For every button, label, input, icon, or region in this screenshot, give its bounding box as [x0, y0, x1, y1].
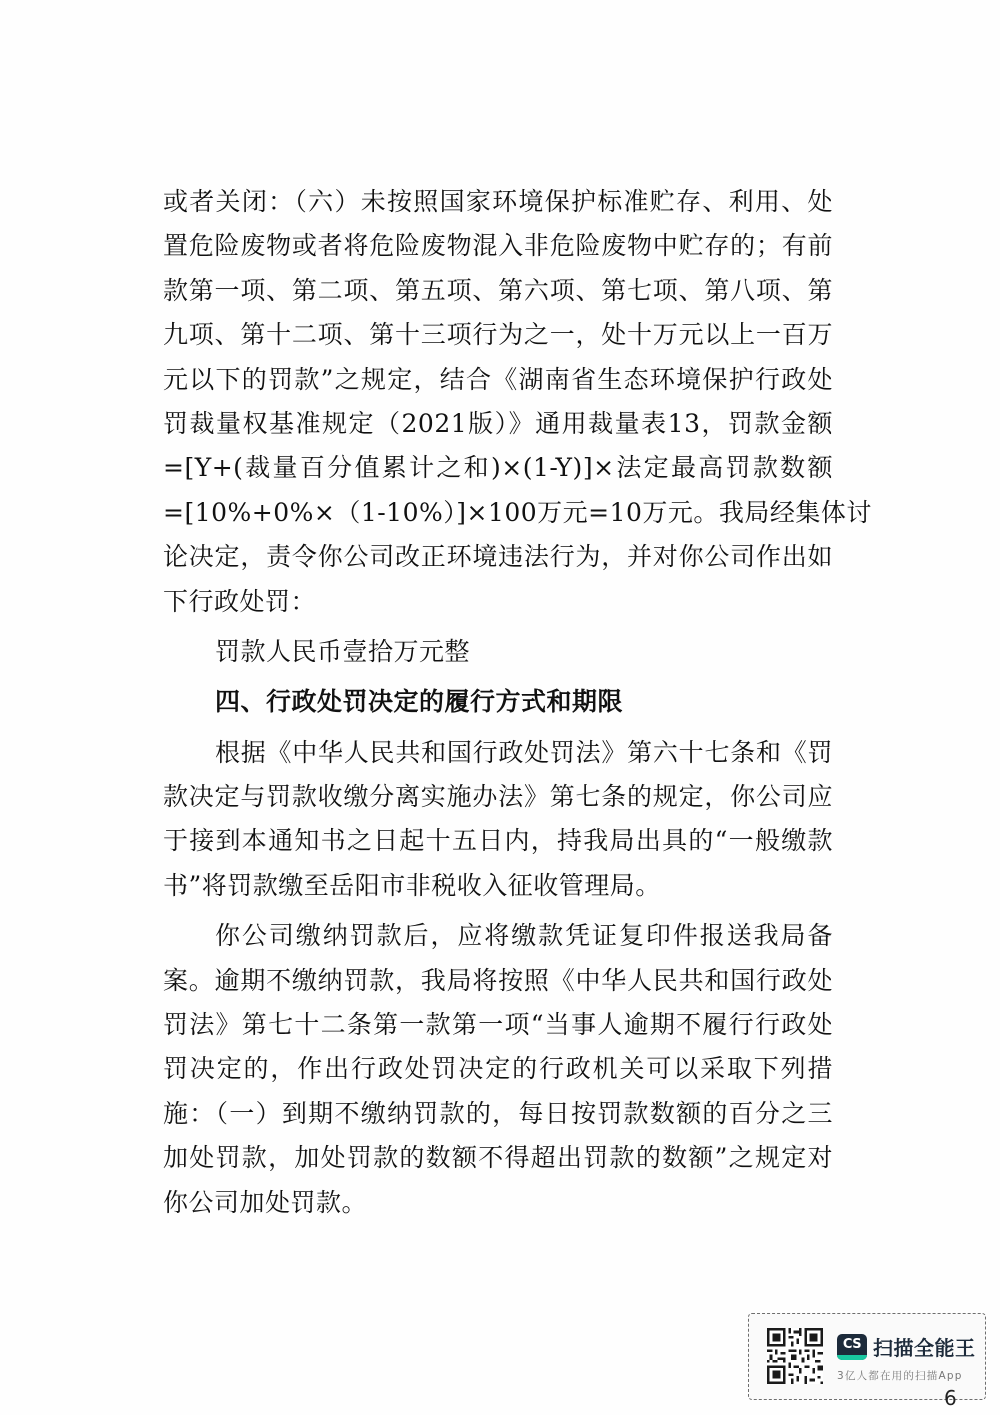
page-number: 6 [944, 1388, 957, 1408]
overdue-paragraph-line: 你公司加处罚款。 [163, 1181, 833, 1225]
text-line: 或者关闭：（六）未按照国家环境保护标准贮存、利用、处 [163, 180, 833, 224]
payment-paragraph-line: 书”将罚款缴至岳阳市非税收入征收管理局。 [163, 864, 833, 908]
text-line: 下行政处罚： [163, 580, 833, 624]
overdue-paragraph-line: 施：（一）到期不缴纳罚款的，每日按罚款数额的百分之三 [163, 1092, 833, 1136]
penalty-amount: 罚款人民币壹拾万元整 [163, 630, 833, 674]
brand-name: 扫描全能王 [873, 1332, 976, 1361]
brand-block: CS 扫描全能王 [837, 1332, 976, 1361]
brand-tagline: 3亿人都在用的扫描App [837, 1368, 963, 1383]
payment-paragraph-line: 根据《中华人民共和国行政处罚法》第六十七条和《罚 [163, 731, 833, 775]
overdue-paragraph-line: 你公司缴纳罚款后，应将缴款凭证复印件报送我局备 [163, 914, 833, 958]
document-body: 或者关闭：（六）未按照国家环境保护标准贮存、利用、处 置危险废物或者将危险废物混… [163, 180, 833, 1225]
overdue-paragraph-line: 加处罚款，加处罚款的数额不得超出罚款的数额”之规定对 [163, 1136, 833, 1180]
overdue-paragraph-line: 罚决定的，作出行政处罚决定的行政机关可以采取下列措 [163, 1047, 833, 1091]
overdue-paragraph-line: 罚法》第七十二条第一款第一项“当事人逾期不履行行政处 [163, 1003, 833, 1047]
formula-result-line: =[10%+0%×（1-10%）]×100万元=10万元。我局经集体讨 [163, 491, 833, 535]
formula-line: =[Y+(裁量百分值累计之和)×(1-Y)]×法定最高罚款数额 [163, 446, 833, 490]
text-line: 置危险废物或者将危险废物混入非危险废物中贮存的；有前 [163, 224, 833, 268]
text-line: 罚裁量权基准规定（2021版）》通用裁量表13，罚款金额 [163, 402, 833, 446]
payment-paragraph-line: 款决定与罚款收缴分离实施办法》第七条的规定，你公司应 [163, 775, 833, 819]
payment-paragraph-line: 于接到本通知书之日起十五日内，持我局出具的“一般缴款 [163, 819, 833, 863]
text-line: 九项、第十二项、第十三项行为之一，处十万元以上一百万 [163, 313, 833, 357]
text-line: 论决定，责令你公司改正环境违法行为，并对你公司作出如 [163, 535, 833, 579]
text-line: 元以下的罚款”之规定，结合《湖南省生态环境保护行政处 [163, 358, 833, 402]
qr-code-icon [767, 1328, 823, 1384]
section-heading: 四、行政处罚决定的履行方式和期限 [163, 680, 833, 724]
overdue-paragraph-line: 案。逾期不缴纳罚款，我局将按照《中华人民共和国行政处 [163, 959, 833, 1003]
text-line: 款第一项、第二项、第五项、第六项、第七项、第八项、第 [163, 269, 833, 313]
camscanner-logo-icon: CS [837, 1334, 867, 1360]
document-page: 或者关闭：（六）未按照国家环境保护标准贮存、利用、处 置危险废物或者将危险废物混… [0, 0, 1000, 1415]
